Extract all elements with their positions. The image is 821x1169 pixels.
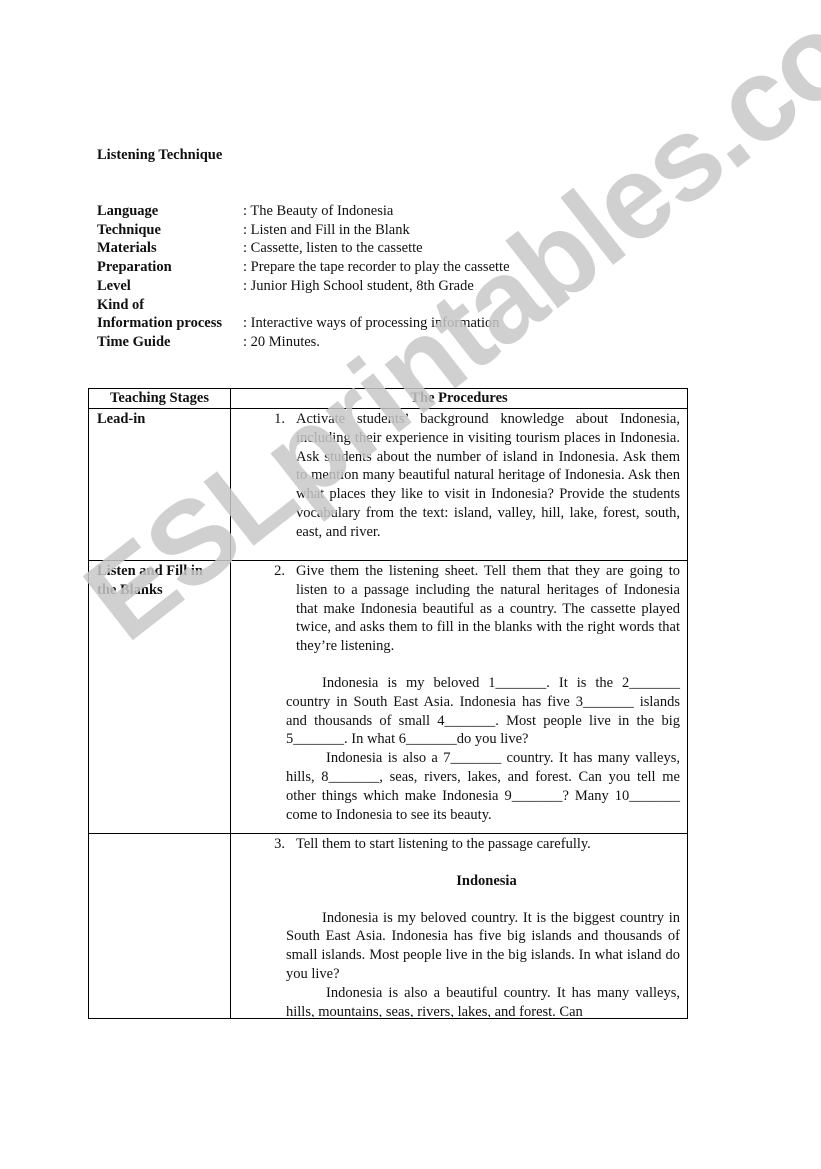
info-value: : Junior High School student, 8th Grade (243, 277, 510, 296)
step-number: 3. (231, 835, 296, 854)
table-row: Lead-in 1. Activate students’ background… (89, 409, 688, 561)
info-value: : Listen and Fill in the Blank (243, 221, 510, 240)
info-row-language: Language: The Beauty of Indonesia (97, 202, 510, 221)
info-row-materials: Materials: Cassette, listen to the casse… (97, 239, 510, 258)
table-row: 3. Tell them to start listening to the p… (89, 834, 688, 1019)
info-value (243, 296, 510, 315)
procedures-table: Teaching Stages The Procedures Lead-in 1… (88, 388, 688, 1019)
procedure-cell: 2. Give them the listening sheet. Tell t… (231, 561, 688, 834)
info-row-preparation: Preparation: Prepare the tape recorder t… (97, 258, 510, 277)
table-header-row: Teaching Stages The Procedures (89, 389, 688, 409)
cloze-paragraph-2: Indonesia is also a 7_______ country. It… (231, 749, 687, 824)
info-value: : Cassette, listen to the cassette (243, 239, 510, 258)
info-row-time-guide: Time Guide: 20 Minutes. (97, 333, 510, 352)
info-label: Language (97, 202, 243, 221)
info-label: Information process (97, 314, 243, 333)
info-value: : Prepare the tape recorder to play the … (243, 258, 510, 277)
info-row-information-process: Information process: Interactive ways of… (97, 314, 510, 333)
passage-title: Indonesia (231, 872, 687, 891)
lesson-info: Language: The Beauty of Indonesia Techni… (97, 202, 510, 352)
procedure-cell: 1. Activate students’ background knowled… (231, 409, 688, 561)
info-row-level: Level: Junior High School student, 8th G… (97, 277, 510, 296)
step-number: 1. (231, 410, 296, 542)
procedure-step: 3. Tell them to start listening to the p… (231, 834, 687, 854)
info-value: : 20 Minutes. (243, 333, 510, 352)
step-number: 2. (231, 562, 296, 656)
info-label: Materials (97, 239, 243, 258)
info-label: Time Guide (97, 333, 243, 352)
info-row-technique: Technique: Listen and Fill in the Blank (97, 221, 510, 240)
procedure-step: 1. Activate students’ background knowled… (231, 409, 687, 542)
procedure-step: 2. Give them the listening sheet. Tell t… (231, 561, 687, 656)
table-row: Listen and Fill in the Blanks 2. Give th… (89, 561, 688, 834)
document-title: Listening Technique (97, 147, 222, 164)
passage-paragraph-2: Indonesia is also a beautiful country. I… (231, 984, 687, 1017)
stage-lead-in: Lead-in (89, 409, 231, 561)
info-label: Kind of (97, 296, 243, 315)
header-procedures: The Procedures (231, 389, 688, 409)
procedure-cell: 3. Tell them to start listening to the p… (231, 834, 688, 1019)
info-value: : The Beauty of Indonesia (243, 202, 510, 221)
passage-paragraph-1: Indonesia is my beloved country. It is t… (231, 909, 687, 984)
stage-listen-and-fill: Listen and Fill in the Blanks (89, 561, 231, 834)
step-text: Give them the listening sheet. Tell them… (296, 562, 680, 656)
header-teaching-stages: Teaching Stages (89, 389, 231, 409)
info-label: Preparation (97, 258, 243, 277)
info-label: Level (97, 277, 243, 296)
cloze-paragraph-1: Indonesia is my beloved 1_______. It is … (231, 674, 687, 749)
info-value: : Interactive ways of processing informa… (243, 314, 510, 333)
info-row-kind-of: Kind of (97, 296, 510, 315)
step-text: Tell them to start listening to the pass… (296, 835, 680, 854)
info-label: Technique (97, 221, 243, 240)
stage-empty (89, 834, 231, 1019)
step-text: Activate students’ background knowledge … (296, 410, 680, 542)
